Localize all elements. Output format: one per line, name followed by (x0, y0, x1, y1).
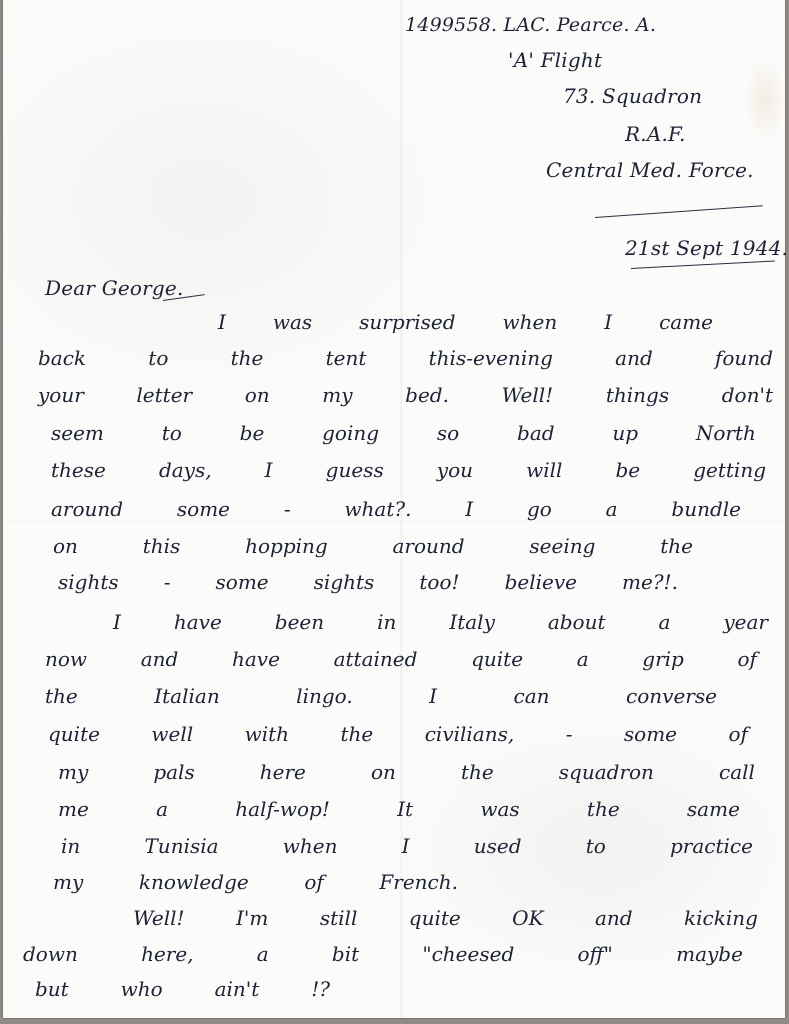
body-line: sights - some sights too! believe me?!. (58, 570, 678, 594)
salutation: Dear George. (45, 276, 184, 300)
body-line: now and have attained quite a grip of (45, 647, 757, 671)
body-line: back to the tent this-evening and found (38, 346, 773, 370)
date-underline (631, 260, 775, 269)
letter-paper: 1499558. LAC. Pearce. A. 'A' Flight 73. … (3, 0, 785, 1018)
body-line: I was surprised when I came (218, 310, 713, 334)
body-line: my knowledge of French. (53, 870, 458, 894)
body-line: but who ain't !? (35, 977, 330, 1001)
address-underline (595, 205, 763, 218)
body-line: quite well with the civilians, - some of (48, 722, 748, 746)
letter-date: 21st Sept 1944. (625, 236, 788, 260)
body-line: these days, I guess you will be getting (51, 458, 766, 482)
body-line: around some - what?. I go a bundle (51, 497, 741, 521)
body-line: in Tunisia when I used to practice (61, 834, 753, 858)
body-line: on this hopping around seeing the (53, 534, 693, 558)
body-line: seem to be going so bad up North (51, 421, 756, 445)
squadron-line: 73. Squadron (563, 84, 702, 108)
command-line: Central Med. Force. (546, 158, 754, 182)
service-number-line: 1499558. LAC. Pearce. A. (405, 14, 656, 36)
body-line: down here, a bit "cheesed off" maybe (23, 942, 743, 966)
body-line: your letter on my bed. Well! things don'… (38, 383, 773, 407)
body-line: I have been in Italy about a year (113, 610, 768, 634)
service-line: R.A.F. (625, 122, 686, 146)
flight-line: 'A' Flight (508, 48, 602, 72)
body-line: Well! I'm still quite OK and kicking (133, 906, 758, 930)
body-line: my pals here on the squadron call (58, 760, 755, 784)
body-line: me a half-wop! It was the same (58, 797, 740, 821)
body-line: the Italian lingo. I can converse (45, 684, 717, 708)
